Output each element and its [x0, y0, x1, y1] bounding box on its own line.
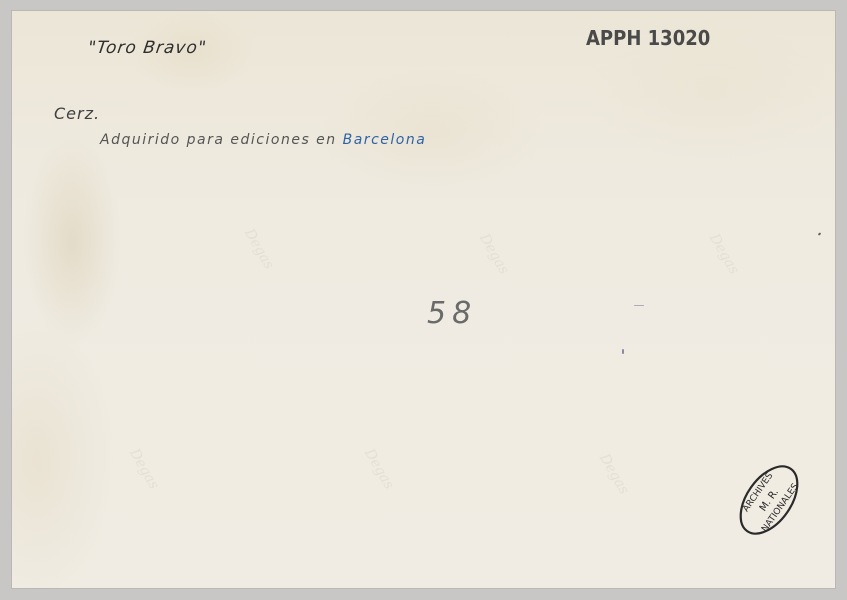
faint-watermark: Degas: [476, 231, 512, 277]
faint-watermark: Degas: [596, 451, 632, 497]
reference-code: APPH 13020: [586, 26, 710, 50]
acquisition-city: Barcelona: [343, 132, 427, 148]
archives-stamp-icon: ARCHIVES M. R. NATIONALES: [732, 462, 806, 538]
acquisition-annotation: Adquirido para ediciones en Barcelona: [100, 132, 426, 148]
photo-verso-paper: Degas Degas Degas Degas Degas Degas: [12, 11, 835, 588]
ink-speck: [818, 232, 822, 235]
faint-watermark: Degas: [361, 446, 397, 492]
number-annotation: 58: [427, 296, 477, 331]
title-annotation: "Toro Bravo": [87, 38, 208, 58]
cert-annotation: Cerz.: [54, 104, 100, 123]
faint-watermark: Degas: [126, 446, 162, 492]
ink-speck: [622, 349, 624, 354]
faint-watermark: Degas: [241, 226, 277, 272]
ink-speck: [634, 305, 644, 306]
acquisition-text: Adquirido para ediciones en: [100, 132, 337, 148]
faint-watermark: Degas: [706, 231, 742, 277]
